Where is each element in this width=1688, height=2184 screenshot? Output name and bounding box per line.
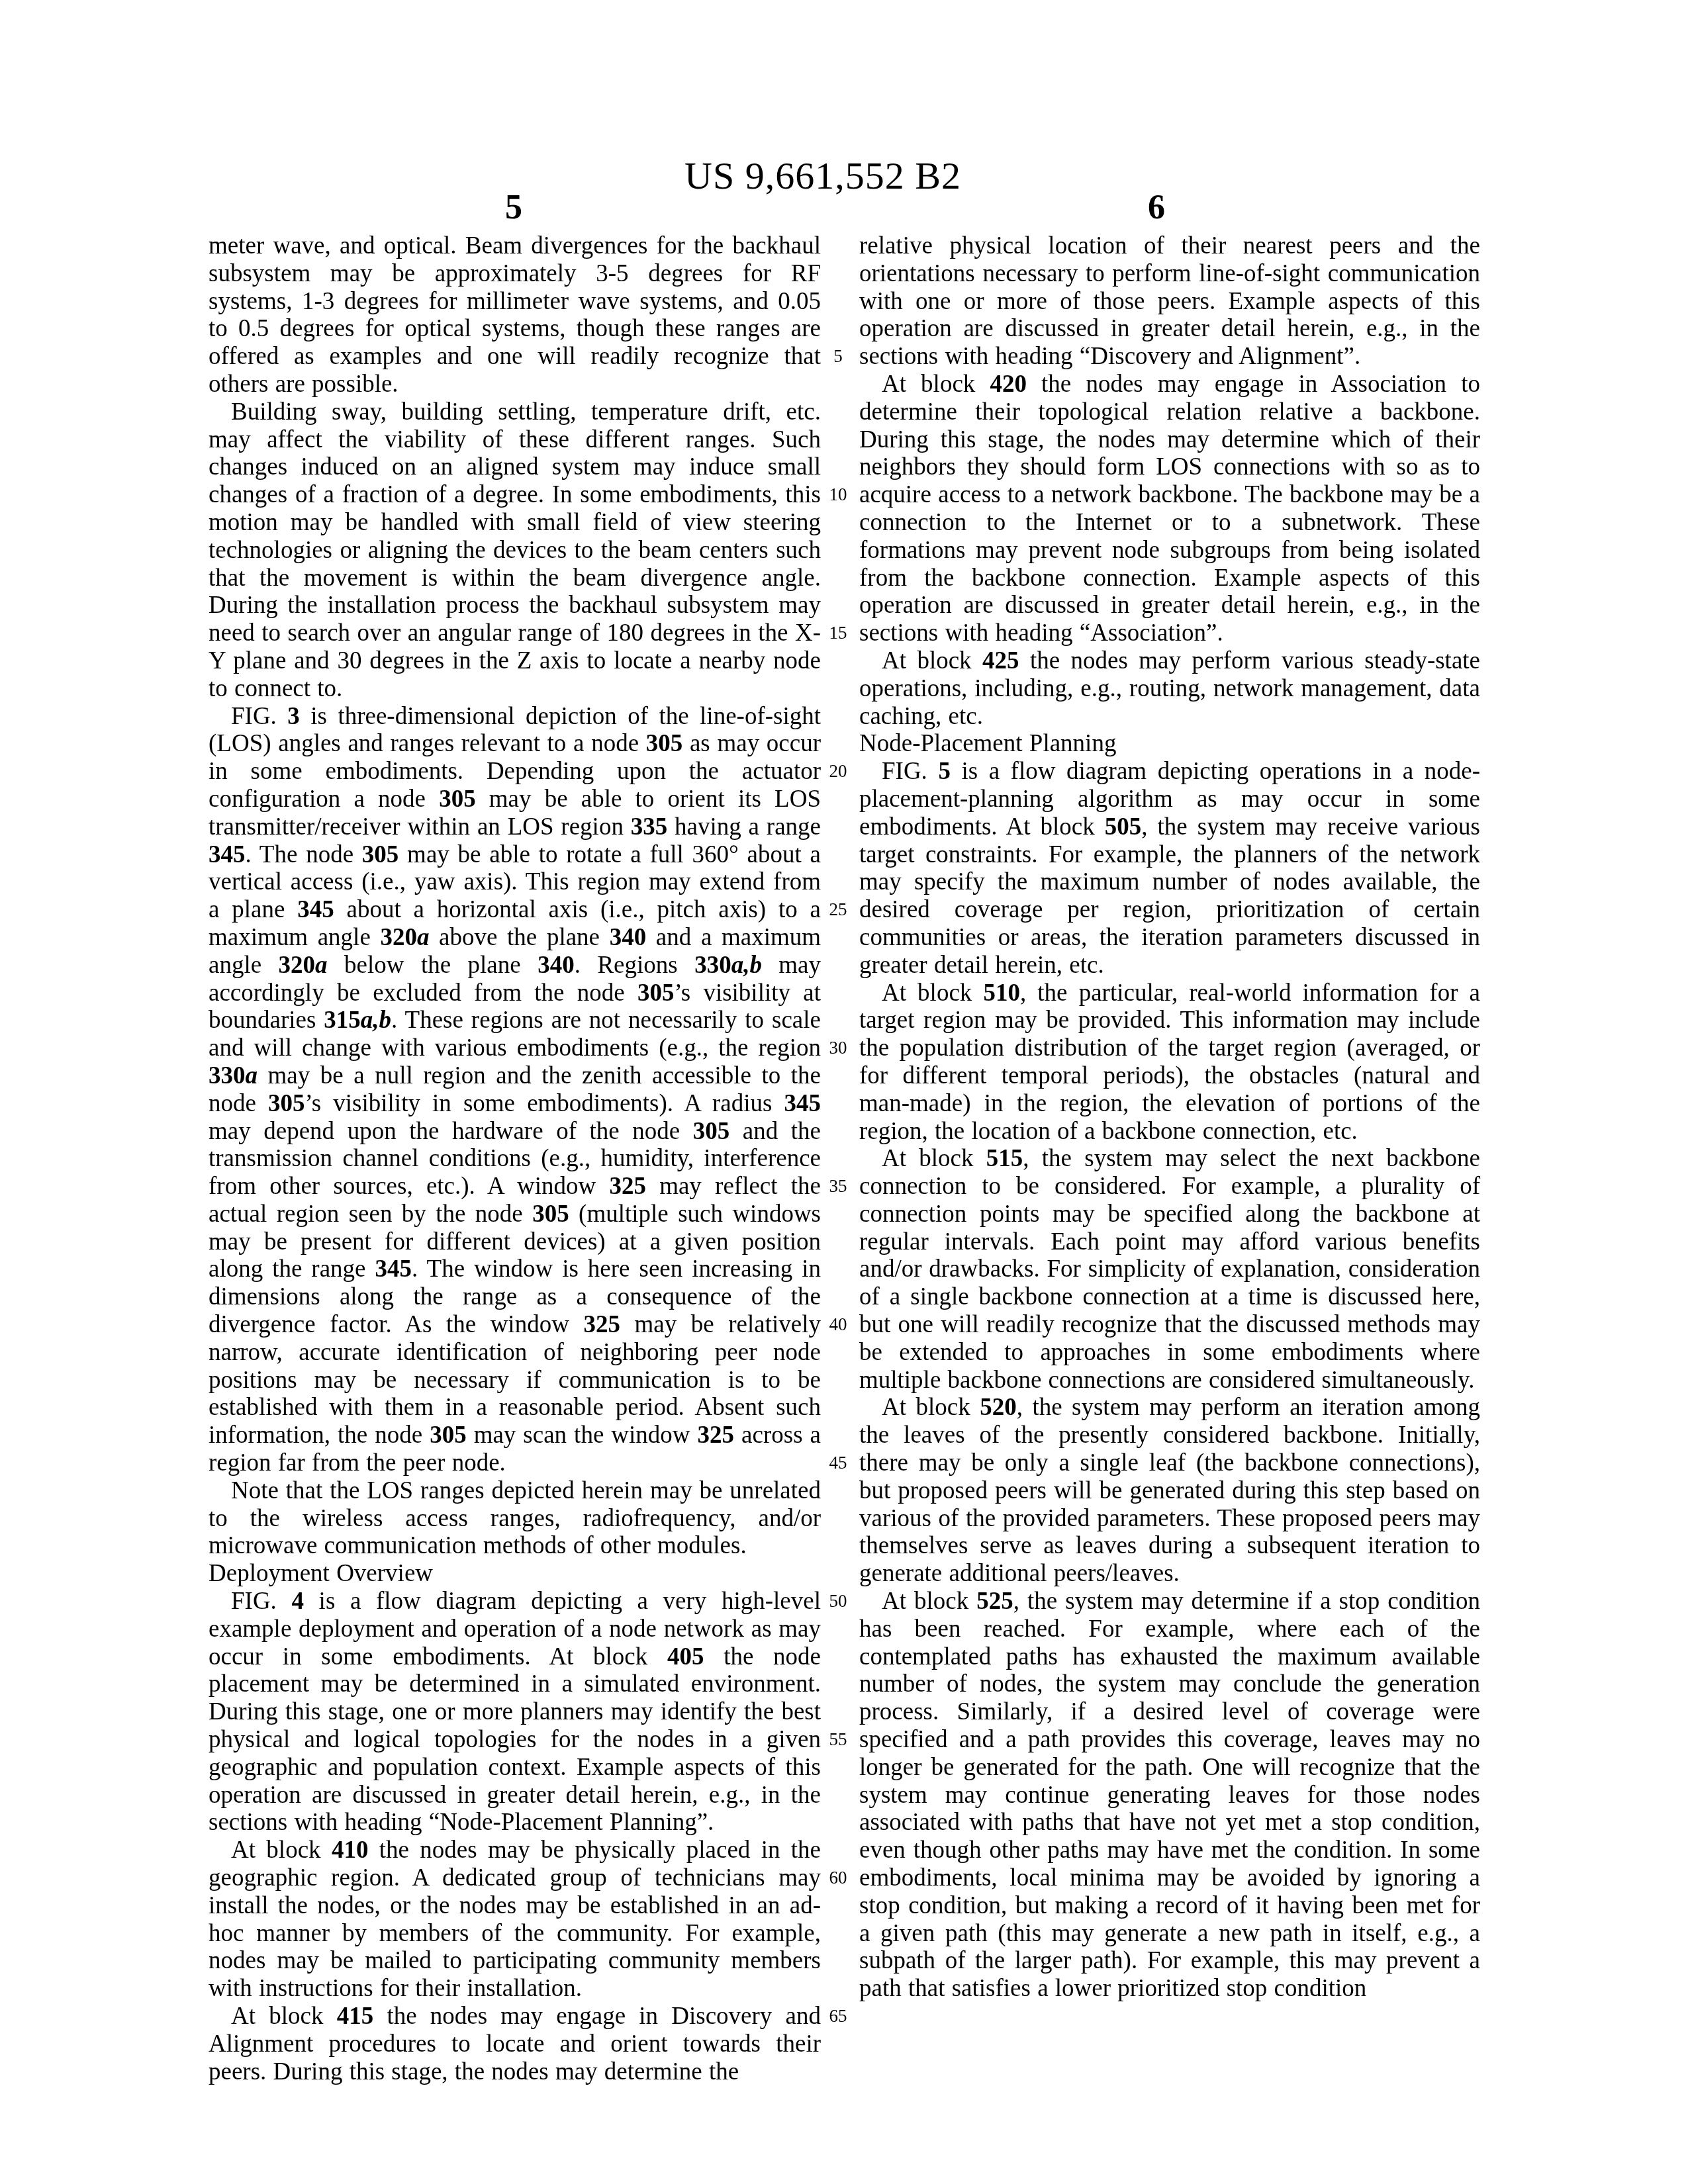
text-run: 415 (337, 2003, 374, 2030)
patent-page: US 9,661,552 B2 5 6 51015202530354045505… (0, 0, 1688, 2184)
text-run: 505 (1105, 813, 1142, 841)
section-heading: Deployment Overview (209, 1560, 821, 1588)
text-run: 340 (610, 924, 647, 951)
text-run: 325 (698, 1422, 735, 1449)
text-run: 345 (297, 896, 334, 923)
text-run: , the system may determine if a stop con… (859, 1588, 1480, 2002)
paragraph: FIG. 3 is three-dimensional depiction of… (209, 703, 821, 1477)
paragraph: Building sway, building settling, temper… (209, 398, 821, 703)
text-run: 305 (268, 1090, 305, 1117)
text-run: 325 (609, 1173, 646, 1200)
text-run: Building sway, building settling, temper… (209, 398, 821, 702)
text-run: 425 (982, 647, 1019, 674)
text-run: , the system may select the next backbon… (859, 1145, 1480, 1393)
text-run: , the system may perform an iteration am… (859, 1394, 1480, 1587)
text-run: 520 (980, 1394, 1017, 1421)
text-run: . Regions (575, 952, 694, 979)
text-run: 525 (976, 1588, 1013, 1615)
text-run: Node-Placement Planning (859, 730, 1116, 757)
text-run: the node placement may be determined in … (209, 1643, 821, 1837)
text-run: At block (882, 1588, 976, 1615)
paragraph: At block 410 the nodes may be physically… (209, 1837, 821, 2003)
paragraph: At block 425 the nodes may perform vario… (859, 647, 1480, 730)
line-number: 45 (821, 1449, 855, 1477)
text-run: Deployment Overview (209, 1560, 433, 1587)
text-run: relative physical location of their near… (859, 232, 1480, 370)
section-heading: Node-Placement Planning (859, 730, 1480, 758)
text-run: 305 (646, 730, 683, 757)
text-run: Note that the LOS ranges depicted herein… (209, 1477, 821, 1560)
paragraph: FIG. 4 is a flow diagram depicting a ver… (209, 1588, 821, 1837)
text-run: At block (231, 1837, 332, 1864)
text-run: a (417, 924, 430, 951)
line-number: 20 (821, 758, 855, 786)
paragraph: At block 420 the nodes may engage in Ass… (859, 371, 1480, 647)
text-run: 5 (938, 758, 951, 785)
paragraph: meter wave, and optical. Beam divergence… (209, 232, 821, 398)
line-number: 5 (821, 343, 855, 371)
text-run: FIG. (882, 758, 938, 785)
text-run: 510 (983, 979, 1020, 1007)
text-run: 305 (532, 1201, 569, 1228)
text-run: ’s visibility in some embodiments). A ra… (305, 1090, 784, 1117)
text-run: 410 (332, 1837, 369, 1864)
text-run: 305 (362, 841, 399, 868)
text-run: 305 (430, 1422, 467, 1449)
text-run: 320 (279, 952, 316, 979)
text-run: having a range (667, 813, 821, 841)
text-run: 4 (292, 1588, 305, 1615)
column-left: meter wave, and optical. Beam divergence… (209, 232, 821, 2085)
text-run: a,b (361, 1007, 391, 1034)
text-run: FIG. (231, 1588, 292, 1615)
line-number: 65 (821, 2003, 855, 2030)
paragraph: relative physical location of their near… (859, 232, 1480, 371)
text-run: 345 (784, 1090, 821, 1117)
text-run: meter wave, and optical. Beam divergence… (209, 232, 821, 398)
line-number: 30 (821, 1034, 855, 1062)
text-run: 330 (694, 952, 731, 979)
text-run: At block (231, 2003, 337, 2030)
text-run: 335 (631, 813, 668, 841)
column-right: relative physical location of their near… (859, 232, 1480, 2003)
paragraph: At block 510, the particular, real-world… (859, 979, 1480, 1146)
gutter-line-numbers: 5101520253035404550556065 (821, 0, 855, 2184)
text-run: 420 (990, 371, 1027, 398)
text-run: a (315, 952, 328, 979)
paragraph: At block 525, the system may determine i… (859, 1588, 1480, 2003)
line-number: 50 (821, 1588, 855, 1615)
text-run: below the plane (328, 952, 538, 979)
text-run: At block (882, 371, 990, 398)
paragraph: FIG. 5 is a flow diagram depicting opera… (859, 758, 1480, 979)
text-run: a,b (731, 952, 762, 979)
text-run: 315 (324, 1007, 361, 1034)
paragraph: At block 520, the system may perform an … (859, 1394, 1480, 1588)
text-run: At block (882, 979, 983, 1007)
text-run: 305 (439, 786, 476, 813)
text-run: . The node (246, 841, 362, 868)
paragraph: Note that the LOS ranges depicted herein… (209, 1477, 821, 1560)
text-run: 345 (209, 841, 246, 868)
text-run: 340 (538, 952, 575, 979)
text-run: above the plane (429, 924, 609, 951)
line-number: 55 (821, 1726, 855, 1754)
text-run: 305 (693, 1118, 730, 1145)
text-run: At block (882, 1145, 986, 1172)
column-number-right: 6 (1117, 188, 1196, 227)
text-run: 515 (986, 1145, 1023, 1172)
text-run: 345 (375, 1255, 412, 1283)
text-run: At block (882, 1394, 980, 1421)
text-run: FIG. (231, 703, 287, 730)
line-number: 40 (821, 1311, 855, 1339)
line-number: 10 (821, 481, 855, 509)
text-run: may scan the window (467, 1422, 698, 1449)
line-number: 35 (821, 1173, 855, 1201)
line-number: 60 (821, 1864, 855, 1892)
text-run: 320 (380, 924, 417, 951)
line-number: 25 (821, 896, 855, 924)
text-run: 3 (287, 703, 300, 730)
text-run: the nodes may engage in Association to d… (859, 371, 1480, 647)
text-run: a (246, 1062, 258, 1089)
column-number-left: 5 (474, 188, 553, 227)
text-run: At block (882, 647, 982, 674)
line-number: 15 (821, 619, 855, 647)
paragraph: At block 415 the nodes may engage in Dis… (209, 2003, 821, 2085)
text-run: 325 (583, 1311, 620, 1338)
paragraph: At block 515, the system may select the … (859, 1145, 1480, 1394)
text-run: 330 (209, 1062, 246, 1089)
text-run: may depend upon the hardware of the node (209, 1118, 693, 1145)
text-run: 405 (667, 1643, 704, 1670)
text-run: 305 (637, 979, 675, 1007)
